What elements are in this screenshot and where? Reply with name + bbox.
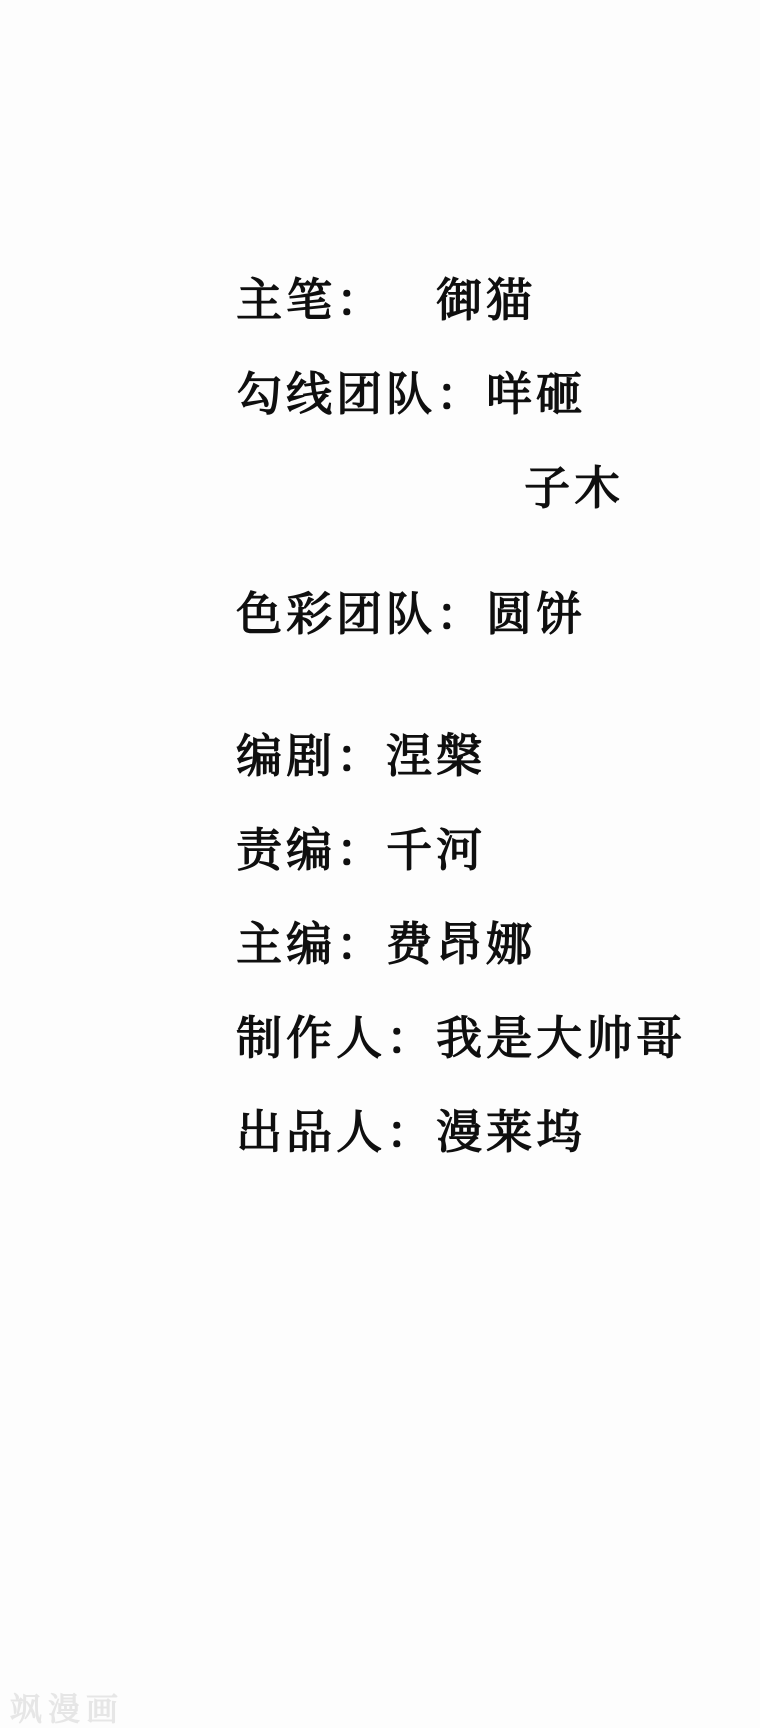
credit-line-publisher: 出品人：漫莱坞 xyxy=(156,1048,586,1216)
credits-page: 主笔：御猫 勾线团队：咩砸 子木 色彩团队：圆饼 编剧：涅槃 责编：千河 主编：… xyxy=(0,0,760,1728)
credit-role: 出品人： xyxy=(236,1105,436,1159)
credit-name: 漫莱坞 xyxy=(436,1105,586,1159)
watermark-logo: 飒漫画 xyxy=(10,1684,124,1728)
credit-role: 色彩团队： xyxy=(236,587,486,641)
credit-name: 圆饼 xyxy=(486,587,586,641)
credit-name: 子木 xyxy=(524,461,624,515)
